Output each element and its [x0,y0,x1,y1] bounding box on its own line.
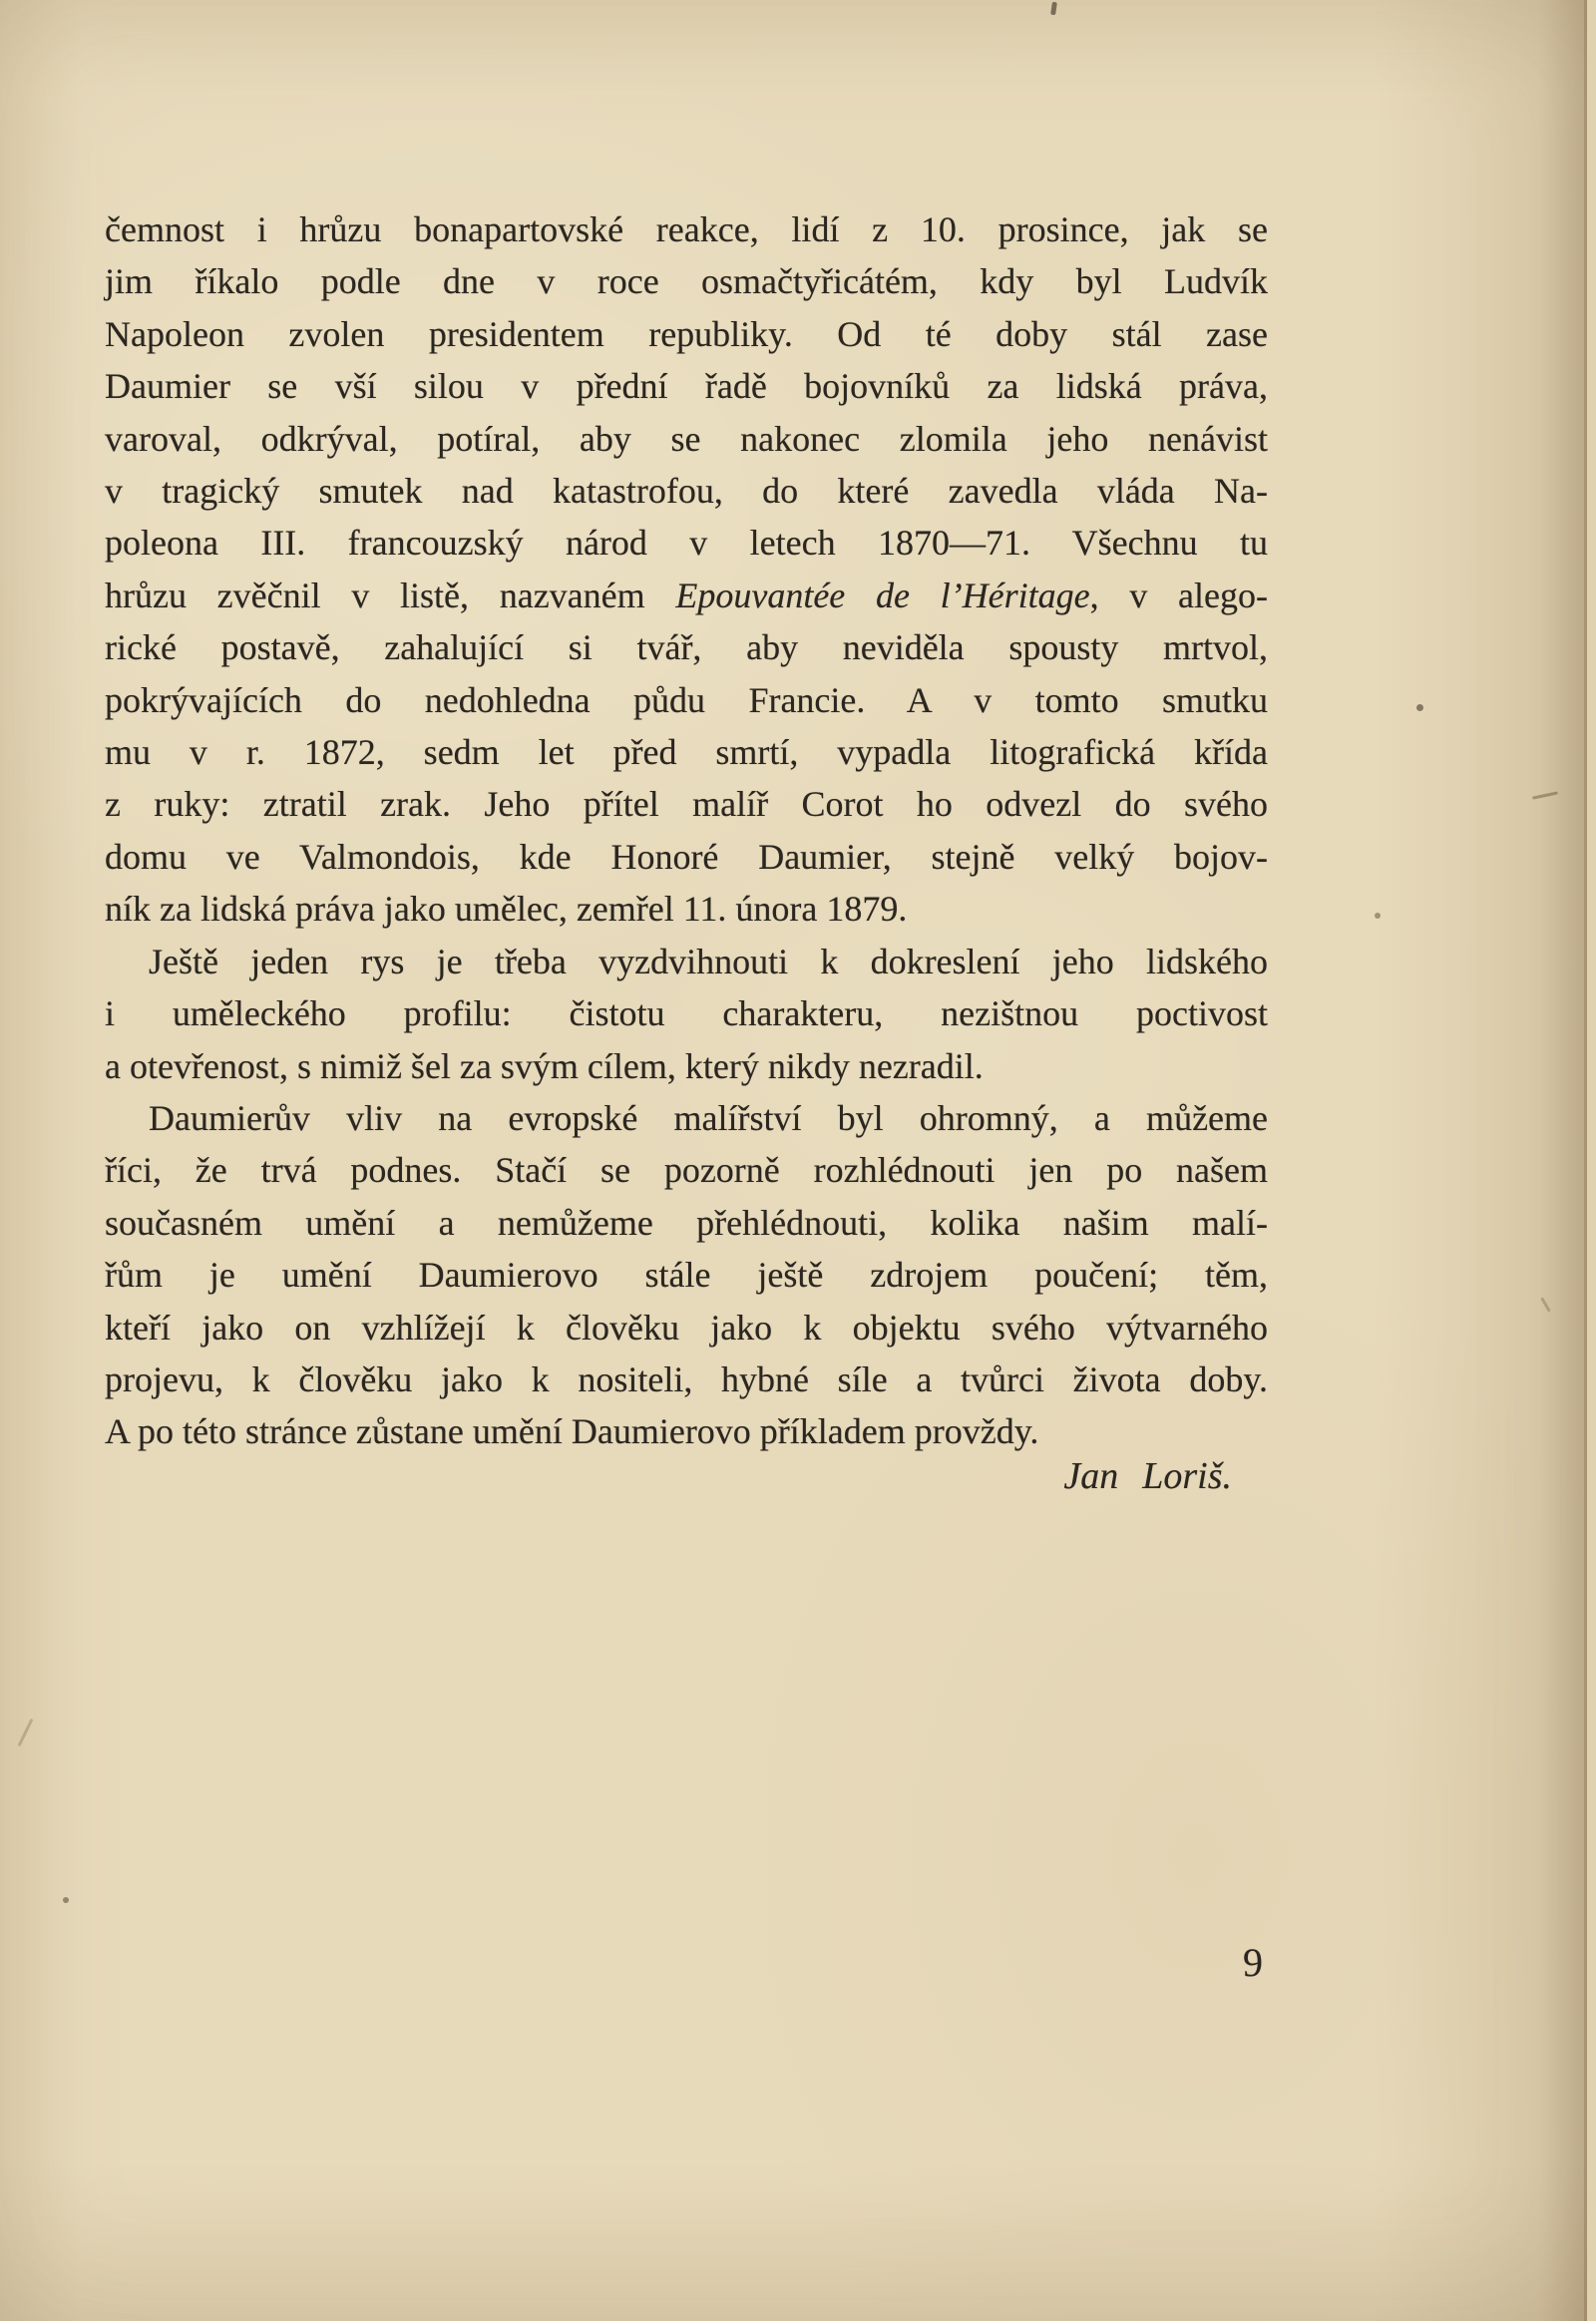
text-line: ník za lidská práva jako umělec, zemřel … [105,883,1268,935]
text-segment: hrůzu zvěčnil v listě, nazvaném [105,576,675,615]
text-line: Ještě jeden rys je třeba vyzdvihnouti k … [105,936,1268,987]
paper-speck [1375,913,1381,919]
print-title-italic: Epouvantée de l’Héritage [675,576,1089,615]
text-line: rické postavě, zahalující si tvář, aby n… [105,621,1268,673]
text-line: varoval, odkrýval, potíral, aby se nakon… [105,413,1268,465]
text-line: jim říkalo podle dne v roce osmačtyřicát… [105,255,1268,307]
text-line: řům je umění Daumierovo stále ještě zdro… [105,1249,1268,1301]
paper-speck [1416,704,1423,711]
text-line: projevu, k člověku jako k nositeli, hybn… [105,1354,1268,1405]
text-line: Daumierův vliv na evropské malířství byl… [105,1092,1268,1144]
text-line: A po této stránce zůstane umění Daumiero… [105,1405,1268,1457]
text-line: z ruky: ztratil zrak. Jeho přítel malíř … [105,778,1268,830]
text-line: a otevřenost, s nimiž šel za svým cílem,… [105,1040,1268,1092]
text-line: v tragický smutek nad katastrofou, do kt… [105,465,1268,517]
paper-speck [63,1897,69,1903]
text-line: pokrývajících do nedohledna půdu Francie… [105,674,1268,726]
text-segment: , v alego- [1090,576,1268,615]
text-line: poleona III. francouzský národ v letech … [105,517,1268,569]
text-line: mu v r. 1872, sedm let před smrtí, vypad… [105,726,1268,778]
text-line: současném umění a nemůžeme přehlédnouti,… [105,1197,1268,1249]
text-line: říci, že trvá podnes. Stačí se pozorně r… [105,1144,1268,1196]
text-line: Napoleon zvolen presidentem republiky. O… [105,308,1268,360]
text-line: Daumier se vší silou v přední řadě bojov… [105,360,1268,412]
page-edge-shadow [1538,0,1584,2321]
author-signature: Jan Loriš. [105,1454,1232,1498]
page-edge-strip [1587,0,1596,2321]
text-line: hrůzu zvěčnil v listě, nazvaném Epouvant… [105,570,1268,621]
text-line: domu ve Valmondois, kde Honoré Daumier, … [105,831,1268,883]
book-page: { "page": { "number": "9", "signature": … [0,0,1596,2321]
page-text: čemnost i hrůzu bonapartovské reakce, li… [105,203,1268,1458]
text-line: kteří jako on vzhlížejí k člověku jako k… [105,1302,1268,1354]
text-line: čemnost i hrůzu bonapartovské reakce, li… [105,203,1268,255]
page-number: 9 [1243,1939,1263,1986]
text-line: i uměleckého profilu: čistotu charakteru… [105,987,1268,1039]
